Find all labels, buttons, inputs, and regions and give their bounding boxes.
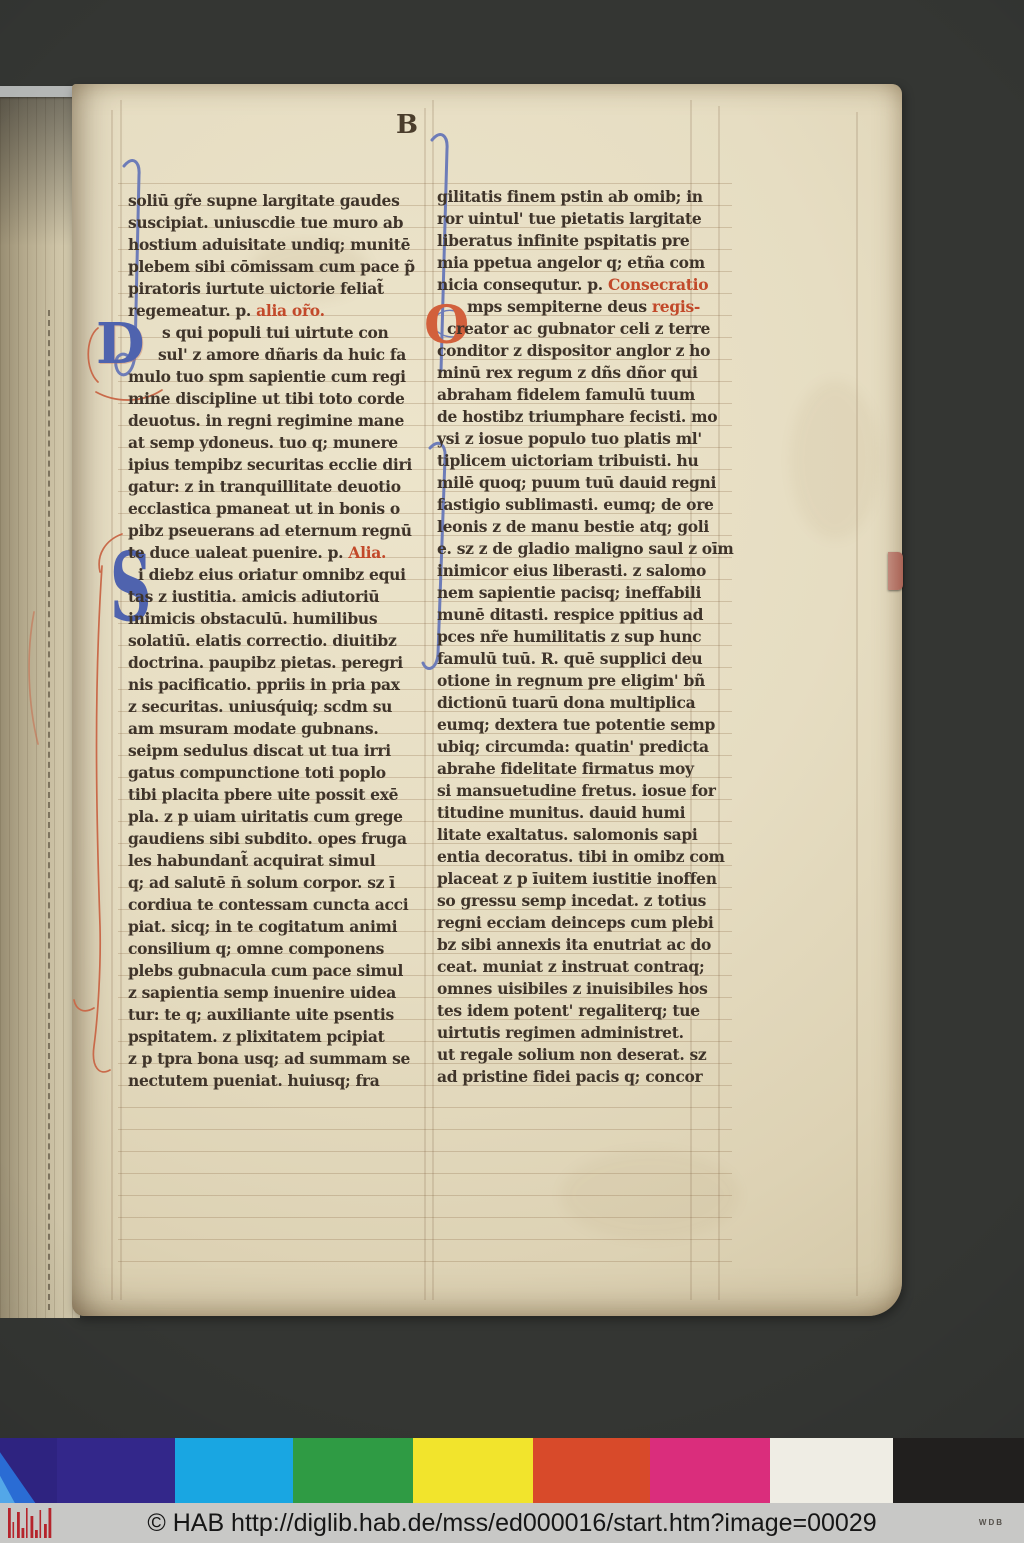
line-text: tiplicem uictoriam tribuisti. hu [437, 451, 698, 470]
line-text: leonis z de manu bestie atq; goli [437, 517, 709, 536]
manuscript-line: gilitatis finem pstin ab omib; in [437, 186, 729, 208]
manuscript-line: regni ecciam deinceps cum plebi [437, 912, 729, 934]
line-text: piratoris iurtute uictorie feliat̃ [128, 279, 384, 298]
line-text: piat. sicq; in te cogitatum animi [128, 917, 397, 936]
manuscript-line: z securitas. uniusq́uiq; scdm su [128, 696, 428, 718]
manuscript-line: famulū tuū. R. quē supplici deu [437, 648, 729, 670]
manuscript-line: hostium aduisitate undiq; munitē [128, 234, 428, 256]
manuscript-line: entia decoratus. tibi in omibz com [437, 846, 729, 868]
line-text: gaudiens sibi subdito. opes fruga [128, 829, 407, 848]
line-text: pces nr̃e humilitatis z sup hunc [437, 627, 701, 646]
line-text: omnes uisibiles z inuisibiles hos [437, 979, 708, 998]
manuscript-line: z p tpra bona usq; ad summam se [128, 1048, 428, 1070]
line-text: z securitas. uniusq́uiq; scdm su [128, 697, 392, 716]
line-text: uirtutis regimen administret. [437, 1023, 684, 1042]
line-text: z sapientia semp inuenire uidea [128, 983, 396, 1002]
line-text: tibi placita pbere uite possit exē [128, 785, 398, 804]
line-text: nicia consequtur. p. [437, 275, 608, 294]
manuscript-line: liberatus infinite pspitatis pre [437, 230, 729, 252]
manuscript-line: regemeatur. p. alia or̃o. [128, 300, 428, 322]
manuscript-line: seipm sedulus discat ut tua irri [128, 740, 428, 762]
line-text: am msuram modate gubnans. [128, 719, 378, 738]
copyright-caption: © HAB http://diglib.hab.de/mss/ed000016/… [147, 1509, 876, 1538]
manuscript-line: omnes uisibiles z inuisibiles hos [437, 978, 729, 1000]
line-text: litate exaltatus. salomonis sapi [437, 825, 698, 844]
rubric-text: regis- [652, 297, 700, 316]
line-text: entia decoratus. tibi in omibz com [437, 847, 725, 866]
manuscript-line: piratoris iurtute uictorie feliat̃ [128, 278, 428, 300]
rubric-text: Consecratio [608, 275, 708, 294]
line-text: soliū gr̃e supne largitate gaudes [128, 191, 400, 210]
manuscript-line: z sapientia semp inuenire uidea [128, 982, 428, 1004]
line-text: at semp ydoneus. tuo q; munere [128, 433, 398, 452]
line-text: so gressu semp incedat. z totius [437, 891, 706, 910]
line-text: gatus compunctione toti poplo [128, 763, 386, 782]
manuscript-line: ror uintul' tue pietatis largitate [437, 208, 729, 230]
manuscript-line: ipius tempibz securitas ecclie diri [128, 454, 428, 476]
line-text: consilium q; omne componens [128, 939, 384, 958]
line-text: conditor z dispositor anglor z ho [437, 341, 710, 360]
manuscript-line: sul' z amore dñaris da huic fa [128, 344, 428, 366]
rubric-text: Alia. [348, 543, 386, 562]
line-text: i diebz eius oriatur omnibz equi [138, 565, 406, 584]
manuscript-line: leonis z de manu bestie atq; goli [437, 516, 729, 538]
line-text: gatur: z in tranquillitate deuotio [128, 477, 401, 496]
line-text: ubiq; circumda: quatin' predicta [437, 737, 709, 756]
manuscript-line: piat. sicq; in te cogitatum animi [128, 916, 428, 938]
hab-barcode-logo [6, 1506, 54, 1540]
color-swatch-orange-red [533, 1438, 650, 1503]
binding-stitch-line [48, 310, 50, 1310]
line-text: ipius tempibz securitas ecclie diri [128, 455, 412, 474]
line-text: nem sapientie pacisq; ineffabili [437, 583, 701, 602]
manuscript-line: minū rex regum z dñs dñor qui [437, 362, 729, 384]
manuscript-line: doctrina. paupibz pietas. peregri [128, 652, 428, 674]
manuscript-line: am msuram modate gubnans. [128, 718, 428, 740]
manuscript-line: mulo tuo spm sapientie cum regi [128, 366, 428, 388]
line-text: q; ad salutē n̄ solum corpor. sz ī [128, 873, 395, 892]
manuscript-line: inimicis obstaculū. humilibus [128, 608, 428, 630]
line-text: mia ppetua angelor q; etña com [437, 253, 705, 272]
manuscript-line: consilium q; omne componens [128, 938, 428, 960]
manuscript-line: e. sz z de gladio maligno saul z oīm [437, 538, 729, 560]
line-text: titudine munitus. dauid humi [437, 803, 685, 822]
manuscript-line: solatiū. elatis correctio. diuitibz [128, 630, 428, 652]
underlying-leaf-edges [0, 96, 80, 1318]
rubric-text: alia or̃o. [256, 301, 325, 320]
line-text: tas z iustitia. amicis adiutoriū [128, 587, 379, 606]
manuscript-line: s qui populi tui uirtute con [128, 322, 428, 344]
quire-mark: B [396, 110, 418, 140]
line-text: hostium aduisitate undiq; munitē [128, 235, 410, 254]
caption-bar: © HAB http://diglib.hab.de/mss/ed000016/… [0, 1503, 1024, 1543]
line-text: ysi z iosue populo tuo platis ml' [437, 429, 702, 448]
line-text: pibz pseuerans ad eternum regnū [128, 521, 412, 540]
color-swatch-cyan [175, 1438, 293, 1503]
manuscript-line: ubiq; circumda: quatin' predicta [437, 736, 729, 758]
manuscript-line: creator ac gubnator celi z terre [437, 318, 729, 340]
manuscript-line: pla. z p uiam uiritatis cum grege [128, 806, 428, 828]
manuscript-line: litate exaltatus. salomonis sapi [437, 824, 729, 846]
color-swatch-yellow [413, 1438, 533, 1503]
manuscript-line: de hostibz triumphare fecisti. mo [437, 406, 729, 428]
line-text: ut regale solium non deserat. sz [437, 1045, 706, 1064]
manuscript-line: ceat. muniat z instruat contraq; [437, 956, 729, 978]
line-text: minū rex regum z dñs dñor qui [437, 363, 698, 382]
manuscript-line: so gressu semp incedat. z totius [437, 890, 729, 912]
manuscript-line: q; ad salutē n̄ solum corpor. sz ī [128, 872, 428, 894]
line-text: te duce ualeat puenire. p. [128, 543, 348, 562]
line-text: e. sz z de gladio maligno saul z oīm [437, 539, 734, 558]
manuscript-line: at semp ydoneus. tuo q; munere [128, 432, 428, 454]
line-text: mine discipline ut tibi toto corde [128, 389, 405, 408]
manuscript-line: si mansuetudine fretus. iosue for [437, 780, 729, 802]
manuscript-line: pces nr̃e humilitatis z sup hunc [437, 626, 729, 648]
line-text: milē quoq; puum tuū dauid regni [437, 473, 716, 492]
manuscript-line: milē quoq; puum tuū dauid regni [437, 472, 729, 494]
line-text: nis pacificatio. ppriis in pria pax [128, 675, 400, 694]
line-text: deuotus. in regni regimine mane [128, 411, 404, 430]
color-swatch-white [770, 1438, 893, 1503]
line-text: regni ecciam deinceps cum plebi [437, 913, 714, 932]
parchment-stain [790, 380, 880, 540]
manuscript-line: pspitatem. z plixitatem pcipiat [128, 1026, 428, 1048]
line-text: creator ac gubnator celi z terre [447, 319, 710, 338]
line-text: ecclastica pmaneat ut in bonis o [128, 499, 400, 518]
manuscript-line: ut regale solium non deserat. sz [437, 1044, 729, 1066]
line-text: regemeatur. p. [128, 301, 256, 320]
manuscript-line: tiplicem uictoriam tribuisti. hu [437, 450, 729, 472]
manuscript-line: nectutem pueniat. huiusq; fra [128, 1070, 428, 1092]
fore-edge-index-tab [888, 552, 903, 590]
color-swatch-magenta [650, 1438, 770, 1503]
color-swatch-indigo [57, 1438, 175, 1503]
line-text: abrahe fidelitate firmatus moy [437, 759, 694, 778]
manuscript-line: titudine munitus. dauid humi [437, 802, 729, 824]
line-text: les habundant̃ acquirat simul [128, 851, 375, 870]
line-text: liberatus infinite pspitatis pre [437, 231, 689, 250]
manuscript-line: gatus compunctione toti poplo [128, 762, 428, 784]
line-text: fastigio sublimasti. eumq; de ore [437, 495, 714, 514]
manuscript-line: munē ditasti. respice ppitius ad [437, 604, 729, 626]
color-swatch-black [893, 1438, 1024, 1503]
line-text: ror uintul' tue pietatis largitate [437, 209, 701, 228]
color-swatch-green [293, 1438, 413, 1503]
text-column-right: gilitatis finem pstin ab omib; inror uin… [437, 186, 729, 1088]
line-text: tur: te q; auxiliante uite psentis [128, 1005, 394, 1024]
manuscript-line: eumq; dextera tue potentie semp [437, 714, 729, 736]
manuscript-line: tur: te q; auxiliante uite psentis [128, 1004, 428, 1026]
gutter-shadow [0, 96, 80, 246]
manuscript-line: ecclastica pmaneat ut in bonis o [128, 498, 428, 520]
line-text: sul' z amore dñaris da huic fa [158, 345, 406, 364]
manuscript-line: i diebz eius oriatur omnibz equi [128, 564, 428, 586]
line-text: s qui populi tui uirtute con [162, 323, 389, 342]
manuscript-line: suscipiat. uniuscdie tue muro ab [128, 212, 428, 234]
manuscript-line: dictionū tuarū dona multiplica [437, 692, 729, 714]
manuscript-line: fastigio sublimasti. eumq; de ore [437, 494, 729, 516]
manuscript-line: tibi placita pbere uite possit exē [128, 784, 428, 806]
line-text: gilitatis finem pstin ab omib; in [437, 187, 703, 206]
wdb-watermark: WDB [979, 1518, 1004, 1527]
color-swatch-indigo-partial-with-blue-wedge [0, 1438, 57, 1503]
manuscript-line: deuotus. in regni regimine mane [128, 410, 428, 432]
line-text: pla. z p uiam uiritatis cum grege [128, 807, 403, 826]
manuscript-line: pibz pseuerans ad eternum regnū [128, 520, 428, 542]
line-text: famulū tuū. R. quē supplici deu [437, 649, 702, 668]
manuscript-line: mine discipline ut tibi toto corde [128, 388, 428, 410]
line-text: abraham fidelem famulū tuum [437, 385, 695, 404]
manuscript-line: nis pacificatio. ppriis in pria pax [128, 674, 428, 696]
line-text: dictionū tuarū dona multiplica [437, 693, 695, 712]
line-text: suscipiat. uniuscdie tue muro ab [128, 213, 403, 232]
manuscript-line: plebem sibi cōmissam cum pace p̃ [128, 256, 428, 278]
manuscript-line: inimicor eius liberasti. z salomo [437, 560, 729, 582]
line-text: otione in regnum pre eligim' bñ [437, 671, 705, 690]
line-text: cordiua te contessam cuncta acci [128, 895, 408, 914]
line-text: pspitatem. z plixitatem pcipiat [128, 1027, 384, 1046]
manuscript-line: te duce ualeat puenire. p. Alia. [128, 542, 428, 564]
manuscript-line: uirtutis regimen administret. [437, 1022, 729, 1044]
manuscript-line: ysi z iosue populo tuo platis ml' [437, 428, 729, 450]
line-text: ad pristine fidei pacis q; concor [437, 1067, 702, 1086]
line-text: munē ditasti. respice ppitius ad [437, 605, 703, 624]
manuscript-line: abraham fidelem famulū tuum [437, 384, 729, 406]
line-text: ceat. muniat z instruat contraq; [437, 957, 704, 976]
text-column-left: soliū gr̃e supne largitate gaudessuscipi… [128, 190, 428, 1092]
manuscript-line: placeat z p īuitem iustitie inoffen [437, 868, 729, 890]
line-text: mps sempiterne deus [467, 297, 652, 316]
line-text: nectutem pueniat. huiusq; fra [128, 1071, 380, 1090]
manuscript-line: les habundant̃ acquirat simul [128, 850, 428, 872]
manuscript-line: plebs gubnacula cum pace simul [128, 960, 428, 982]
line-text: seipm sedulus discat ut tua irri [128, 741, 391, 760]
line-text: plebs gubnacula cum pace simul [128, 961, 403, 980]
line-text: inimicor eius liberasti. z salomo [437, 561, 706, 580]
manuscript-line: ad pristine fidei pacis q; concor [437, 1066, 729, 1088]
manuscript-line: cordiua te contessam cuncta acci [128, 894, 428, 916]
line-text: doctrina. paupibz pietas. peregri [128, 653, 403, 672]
manuscript-line: mps sempiterne deus regis- [437, 296, 729, 318]
manuscript-line: nem sapientie pacisq; ineffabili [437, 582, 729, 604]
line-text: z p tpra bona usq; ad summam se [128, 1049, 410, 1068]
line-text: si mansuetudine fretus. iosue for [437, 781, 716, 800]
manuscript-line: abrahe fidelitate firmatus moy [437, 758, 729, 780]
color-calibration-bar [0, 1438, 1024, 1503]
manuscript-line: nicia consequtur. p. Consecratio [437, 274, 729, 296]
manuscript-line: bz sibi annexis ita enutriat ac do [437, 934, 729, 956]
manuscript-line: soliū gr̃e supne largitate gaudes [128, 190, 428, 212]
line-text: mulo tuo spm sapientie cum regi [128, 367, 406, 386]
line-text: bz sibi annexis ita enutriat ac do [437, 935, 711, 954]
manuscript-line: mia ppetua angelor q; etña com [437, 252, 729, 274]
manuscript-line: tes idem potent' regaliterq; tue [437, 1000, 729, 1022]
line-text: de hostibz triumphare fecisti. mo [437, 407, 717, 426]
manuscript-line: conditor z dispositor anglor z ho [437, 340, 729, 362]
line-text: tes idem potent' regaliterq; tue [437, 1001, 700, 1020]
manuscript-line: gaudiens sibi subdito. opes fruga [128, 828, 428, 850]
line-text: plebem sibi cōmissam cum pace p̃ [128, 257, 415, 276]
line-text: placeat z p īuitem iustitie inoffen [437, 869, 717, 888]
manuscript-line: gatur: z in tranquillitate deuotio [128, 476, 428, 498]
line-text: solatiū. elatis correctio. diuitibz [128, 631, 396, 650]
line-text: eumq; dextera tue potentie semp [437, 715, 715, 734]
line-text: inimicis obstaculū. humilibus [128, 609, 377, 628]
manuscript-line: otione in regnum pre eligim' bñ [437, 670, 729, 692]
manuscript-line: tas z iustitia. amicis adiutoriū [128, 586, 428, 608]
